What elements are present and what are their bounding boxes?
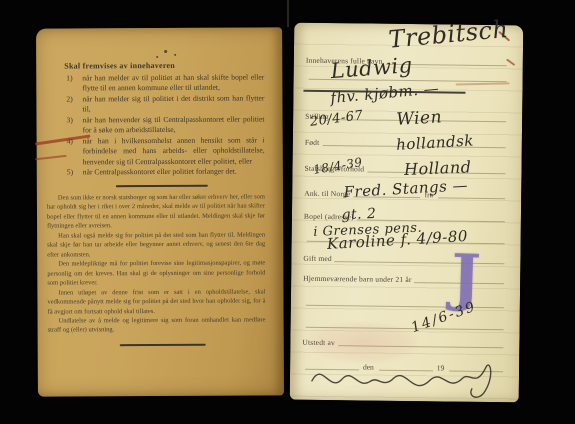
- binding-thread: [287, 0, 289, 27]
- list-item-text: når han melder av til politiet at han sk…: [78, 72, 264, 94]
- fine-print: Den som ikke er norsk statsborger og som…: [47, 192, 266, 335]
- j-stamp: J: [450, 246, 481, 309]
- left-page: Skal fremvises av innehaveren 1) når han…: [36, 27, 284, 396]
- fine-print-paragraph: Den meldepliktige må for politiet forevi…: [47, 259, 265, 289]
- handwriting-birthplace: Wien: [396, 107, 443, 130]
- right-page-form: Innehaverens fulle navn Stilling Fødti S…: [290, 23, 524, 403]
- left-page-heading: Skal fremvises av innehaveren: [64, 60, 264, 70]
- list-item-number: 5): [67, 168, 79, 179]
- fodt-field-label: Født: [305, 138, 320, 147]
- list-item: 2) når han melder sig til politiet i det…: [66, 93, 264, 115]
- scanned-booklet-photo: Skal fremvises av innehaveren 1) når han…: [0, 0, 575, 424]
- fine-print-paragraph: Innen utløpet av denne frist som er satt…: [47, 287, 265, 317]
- list-item-number: 4): [67, 136, 79, 167]
- barn-field-label: Hjemmeværende barn under 21 år: [303, 274, 412, 284]
- ruled-line: [438, 197, 505, 199]
- fine-print-paragraph: Han skal også melde sig for politiet på …: [47, 230, 265, 260]
- list-item: 3) når han henvender sig til Centralpass…: [66, 114, 264, 136]
- list-item-number: 1): [66, 73, 78, 94]
- list-item-number: 3): [66, 115, 78, 136]
- brown-smear: [456, 82, 510, 85]
- fine-print-paragraph: Den som ikke er norsk statsborger og som…: [47, 192, 265, 231]
- list-item: 4) når han i hvilkensomhelst annen hensi…: [67, 135, 265, 167]
- handwriting-surname: Trebitsch: [387, 15, 509, 54]
- list-item-text: når han henvender sig til Centralpasskon…: [78, 114, 264, 136]
- bottom-divider-rule: [120, 344, 206, 347]
- list-item-text: når han i hvilkensomhelst annen hensikt …: [79, 135, 265, 167]
- gift-field-label: Gift med: [303, 254, 332, 263]
- handwriting-address-2: gt. 2: [341, 206, 377, 223]
- handwriting-citizenship: hollandsk: [396, 131, 475, 153]
- left-page-content: Skal fremvises av innehaveren 1) når han…: [36, 27, 284, 347]
- list-item-number: 2): [66, 94, 78, 115]
- list-item-text: når Centralpasskontoret eller politiet f…: [79, 167, 265, 178]
- divider-rule: [116, 184, 208, 186]
- list-item: 5) når Centralpasskontoret eller politie…: [67, 167, 265, 179]
- handwriting-arrival-date: 18/4-39: [312, 155, 363, 177]
- fine-print-paragraph: Undlatelse av å melde og legitimere sig …: [48, 315, 266, 335]
- list-item: 1) når han melder av til politiet at han…: [66, 72, 264, 94]
- handwriting-stilling: fhv. kjøbm. —: [330, 79, 440, 107]
- instruction-list: 1) når han melder av til politiet at han…: [66, 72, 265, 178]
- signature-scrawl: [308, 353, 499, 403]
- list-item-text: når han melder sig til politiet i det di…: [78, 93, 264, 115]
